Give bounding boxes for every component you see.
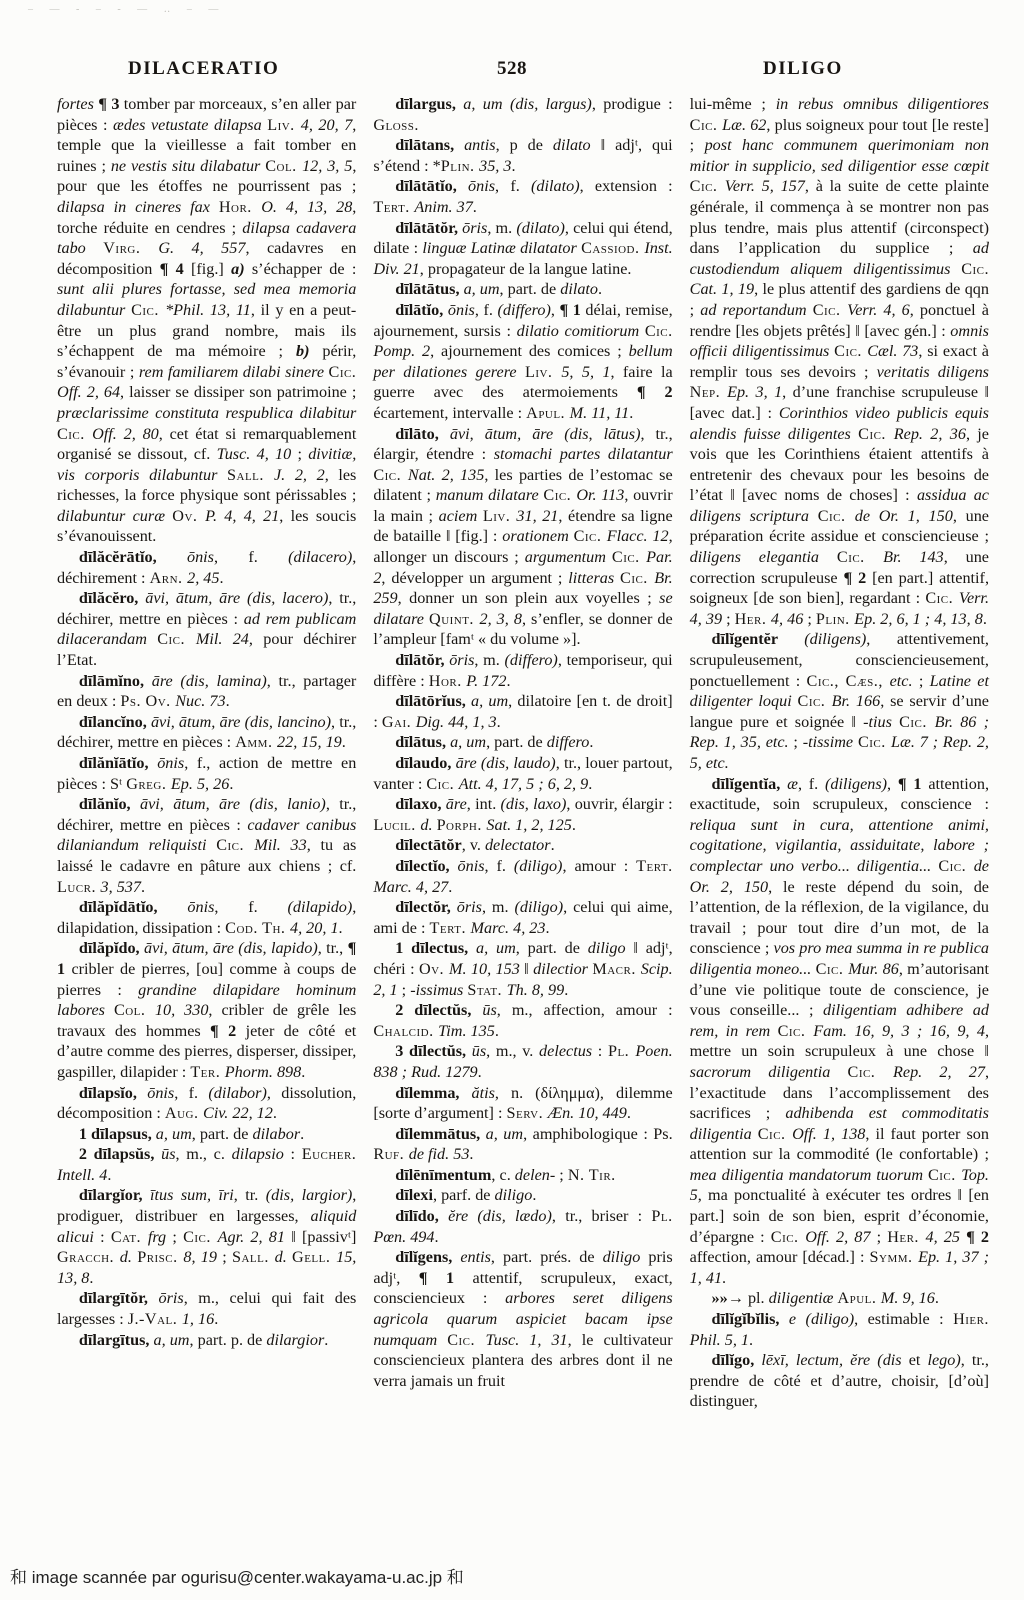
smallcaps-run: Cic. xyxy=(778,1022,814,1040)
italic-run: dilatio comitiorum xyxy=(517,322,645,340)
bold-run: dīlancĭno, xyxy=(79,713,151,731)
page-header: DILACERATIO 528 DILIGO xyxy=(0,58,1024,88)
bold-run: dīlectĭo, xyxy=(395,857,457,875)
bold-run: dīlātātus, xyxy=(395,280,463,298)
italic-run: Off. 2, 87 xyxy=(805,1228,870,1246)
italic-run: stomachi partes dilatantur xyxy=(494,445,673,463)
italic-run: sacrorum diligentia xyxy=(690,1063,848,1081)
smallcaps-run: Gai. xyxy=(382,713,416,731)
dictionary-entry: dīlātans, antis, p de dilato ‖ adjᵗ, qui… xyxy=(373,135,672,176)
italic-run: d. xyxy=(120,1248,137,1266)
italic-run: Intell. 4 xyxy=(57,1166,107,1184)
italic-run: ōris xyxy=(449,651,474,669)
italic-run: āvi, ātum, āre (dis, lātus) xyxy=(450,425,641,443)
plain-run: ; xyxy=(555,1166,568,1184)
smallcaps-run: Chalcid. xyxy=(373,1022,438,1040)
page-number: 528 xyxy=(497,58,527,80)
plain-run: . xyxy=(342,733,346,751)
bold-run: ¶ 2 xyxy=(637,383,673,401)
smallcaps-run: Cic. xyxy=(758,1125,792,1143)
italic-run: Mil. 33 xyxy=(254,836,306,854)
plain-run: . xyxy=(300,1125,304,1143)
plain-run: . xyxy=(478,1063,482,1081)
italic-run: Marc. 4, 27 xyxy=(373,878,448,896)
text-columns: fortes ¶ 3 tomber par morceaux, s’en all… xyxy=(57,94,989,1412)
plain-run: . xyxy=(339,919,343,937)
bold-run: dīlātōrĭus, xyxy=(395,692,471,710)
italic-run: a, um xyxy=(156,1125,192,1143)
italic-run: 22, 15, 19 xyxy=(277,733,342,751)
plain-run: , développer un argument ; xyxy=(381,569,568,587)
bold-run: dīlĭgo, xyxy=(712,1351,762,1369)
italic-run: (diligens) xyxy=(804,630,866,648)
dictionary-entry: 2 dīlapsŭs, ūs, m., c. dilapsio : Eucher… xyxy=(57,1144,356,1185)
italic-run: M. 11, 11 xyxy=(570,404,630,422)
italic-run: Off. 1, 138 xyxy=(792,1125,865,1143)
smallcaps-run: Cic. xyxy=(858,425,894,443)
smallcaps-run: Cassiod. xyxy=(581,239,644,257)
italic-run: (dilato) xyxy=(516,219,565,237)
dictionary-entry: dīlātātĭo, ōnis, f. (dilato), extension … xyxy=(373,176,672,217)
plain-run: , f. xyxy=(174,1084,208,1102)
plain-run: , propagateur de la langue latine. xyxy=(420,260,632,278)
italic-run: veritatis diligens xyxy=(877,363,989,381)
italic-run: Cat. 1, 19 xyxy=(690,280,754,298)
dictionary-entry: dīlapsĭo, ōnis, f. (dilabor), dissolutio… xyxy=(57,1083,356,1124)
italic-run: Br. 166 xyxy=(832,692,881,710)
plain-run: , part. p. de xyxy=(190,1331,267,1349)
bold-run: dĭlemma, xyxy=(395,1084,471,1102)
italic-run: ōnis xyxy=(468,177,495,195)
italic-run: -tissime xyxy=(803,733,858,751)
smallcaps-run: Amm. xyxy=(235,733,277,751)
bold-run: dīlexi xyxy=(395,1186,433,1204)
italic-run: 2, 3, 8 xyxy=(479,610,521,628)
smallcaps-run: Eucher. xyxy=(302,1145,357,1163)
smallcaps-run: Cic. xyxy=(848,1063,893,1081)
smallcaps-run: Pl. xyxy=(608,1042,635,1060)
plain-run: ; xyxy=(870,1228,887,1246)
italic-run: O. 4, 13, 28 xyxy=(261,198,352,216)
italic-run: Æn. 10, 449 xyxy=(548,1104,627,1122)
italic-run: Agr. 2, 81 xyxy=(218,1228,285,1246)
smallcaps-run: Cic. xyxy=(329,363,357,381)
italic-run: Nuc. 73 xyxy=(175,692,225,710)
smallcaps-run: Cic. xyxy=(131,301,165,319)
italic-run: litteras xyxy=(568,569,620,587)
italic-run: 4, 20, 7 xyxy=(301,116,353,134)
plain-run: . xyxy=(749,1331,753,1349)
italic-run: d. xyxy=(275,1248,292,1266)
smallcaps-run: Cic. xyxy=(818,507,855,525)
italic-run: æ xyxy=(787,775,798,793)
italic-run: Ep. 5, 26 xyxy=(171,775,229,793)
italic-run: Mur. 86 xyxy=(848,960,899,978)
dictionary-entry: dīlexi, parf. de diligo. xyxy=(373,1185,672,1206)
bold-run: dīlargītus, xyxy=(79,1331,154,1349)
plain-run: , tr., briser : xyxy=(552,1207,652,1225)
plain-run: affection, amour [décad.] : xyxy=(690,1248,870,1266)
italic-run: de Or. 1, 150 xyxy=(855,507,953,525)
smallcaps-run: Ov. xyxy=(419,960,449,978)
italic-run: in rebus omnibus diligentiores xyxy=(776,95,989,113)
dictionary-entry: dīlātĭo, ōnis, f. (differo), ¶ 1 délai, … xyxy=(373,300,672,424)
smallcaps-run: Cic. xyxy=(690,177,725,195)
smallcaps-run: Macr. xyxy=(592,960,640,978)
italic-run: 8, 19 xyxy=(183,1248,217,1266)
italic-run: ōnis xyxy=(458,857,485,875)
italic-run: 10, 330 xyxy=(155,1001,209,1019)
italic-run: præclarissime constituta respublica dila… xyxy=(57,404,356,422)
italic-run: entis xyxy=(460,1248,491,1266)
smallcaps-run: Prisc. xyxy=(137,1248,183,1266)
smallcaps-run: Cic. xyxy=(961,260,989,278)
smallcaps-run: Aug. xyxy=(165,1104,203,1122)
italic-run: P. 4, 4, 21 xyxy=(205,507,279,525)
dictionary-entry: dīlăcĕrātĭo, ōnis, f. (dilacero), déchir… xyxy=(57,547,356,588)
plain-run: . xyxy=(627,1104,631,1122)
plain-run: , amour : xyxy=(562,857,636,875)
italic-run: dilabuntur curæ xyxy=(57,507,172,525)
smallcaps-run: Cic. xyxy=(645,322,673,340)
italic-run: 4, 25 xyxy=(926,1228,960,1246)
smallcaps-run: Plin. xyxy=(441,157,479,175)
italic-run: Ep. 2, 6, 1 ; 4, 13, 8 xyxy=(854,610,983,628)
scanned-dictionary-page: – — ‐ – - — ‥ – — DILACERATIO 528 DILIGO… xyxy=(0,0,1024,1600)
italic-run: (differo) xyxy=(497,301,550,319)
italic-run: ōris xyxy=(158,1289,183,1307)
dictionary-entry: dīlargus, a, um (dis, largus), prodigue … xyxy=(373,94,672,135)
italic-run: (diligo) xyxy=(515,898,564,916)
dictionary-entry: dīlănĭātĭo, ōnis, f., action de mettre e… xyxy=(57,753,356,794)
dictionary-entry: dīlĭgentĭa, æ, f. (diligens), ¶ 1 attent… xyxy=(690,774,989,1289)
dictionary-entry: dīlectŏr, ōris, m. (diligo), celui qui a… xyxy=(373,897,672,938)
bold-run: dĭlemmātus, xyxy=(395,1125,485,1143)
plain-run: , v. xyxy=(462,836,485,854)
smallcaps-run: Cic. xyxy=(928,1166,961,1184)
italic-run: a, um xyxy=(450,733,486,751)
plain-run: s’échapper de : xyxy=(252,260,356,278)
dictionary-entry: dīlīdo, ĕre (dis, lædo), tr., briser : P… xyxy=(373,1206,672,1247)
plain-run: . xyxy=(511,157,515,175)
plain-run: , m. xyxy=(474,651,504,669)
smallcaps-run: Tert. xyxy=(430,919,471,937)
smallcaps-run: Cic. xyxy=(938,857,973,875)
smallcaps-run: Cod. Th. xyxy=(225,919,290,937)
italic-run: dilapsio xyxy=(232,1145,284,1163)
plain-run: ; xyxy=(217,1248,232,1266)
plain-run: ; xyxy=(166,1228,183,1246)
italic-run: 3, 537 xyxy=(101,878,141,896)
italic-run: ne vestis situ dilabatur xyxy=(111,157,265,175)
plain-run: . xyxy=(722,1269,726,1287)
plain-run: . xyxy=(506,672,510,690)
italic-run: M. 10, 153 xyxy=(449,960,520,978)
dictionary-entry: 1 dīlapsus, a, um, part. de dilabor. xyxy=(57,1124,356,1145)
italic-run: Rep. 2, 36 xyxy=(894,425,966,443)
plain-run: . xyxy=(107,1166,111,1184)
italic-run: 2, 45 xyxy=(187,569,219,587)
plain-run: , p de xyxy=(496,136,553,154)
italic-run: Nat. 2, 135 xyxy=(408,466,484,484)
italic-run: ătis xyxy=(472,1084,495,1102)
italic-run: post hanc communem querimoniam non mitio… xyxy=(690,136,989,175)
plain-run: , part. de xyxy=(486,733,547,751)
italic-run: āvi, ātum, āre (dis, lanio) xyxy=(140,795,326,813)
dictionary-entry: dīlăpĭdo, āvi, ātum, āre (dis, lapido), … xyxy=(57,938,356,1082)
italic-run: manum dilatare xyxy=(436,486,544,504)
smallcaps-run: Cic. xyxy=(899,713,934,731)
plain-run: . xyxy=(214,1310,218,1328)
plain-run: . xyxy=(564,981,568,999)
scan-artifact-marks: – — ‐ – - — ‥ – — xyxy=(28,4,225,15)
italic-run: (diligens) xyxy=(825,775,887,793)
italic-run: Sat. 1, 2, 125 xyxy=(486,816,571,834)
bold-run: 2 dīlapsŭs, xyxy=(79,1145,161,1163)
italic-run: Off. 2, 64 xyxy=(57,383,120,401)
plain-run: . xyxy=(89,1269,93,1287)
italic-run: orationem xyxy=(502,527,573,545)
bold-run: dīlectātŏr xyxy=(395,836,462,854)
italic-run: ōnis xyxy=(448,301,475,319)
italic-run: Off. 2, 80 xyxy=(92,425,159,443)
bold-run: dīlaudo, xyxy=(395,754,455,772)
italic-run: ūs xyxy=(161,1145,175,1163)
plain-run: , laisser se dissiper son patrimoine ; xyxy=(120,383,356,401)
plain-run: , prodigue : xyxy=(592,95,673,113)
smallcaps-run: Col. xyxy=(114,1001,155,1019)
italic-run: P. 172 xyxy=(466,672,506,690)
smallcaps-run: Ps. Ov. xyxy=(120,692,175,710)
smallcaps-run: Gracch. xyxy=(57,1248,120,1266)
italic-run: Marc. 4, 23 xyxy=(471,919,546,937)
plain-run: , extension : xyxy=(580,177,673,195)
smallcaps-run: Tert. xyxy=(373,198,414,216)
dictionary-entry: dīlectātŏr, v. delectator. xyxy=(373,835,672,856)
italic-run: Verr. 4, 6 xyxy=(847,301,910,319)
guide-word-left: DILACERATIO xyxy=(128,58,279,80)
dictionary-entry: dīlĭgens, entis, part. prés. de diligo p… xyxy=(373,1247,672,1391)
smallcaps-run: Cic. xyxy=(816,960,849,978)
plain-run: : xyxy=(94,1228,111,1246)
dictionary-entry: dīlănĭo, āvi, ātum, āre (dis, lanio), tr… xyxy=(57,794,356,897)
dictionary-entry: dīlĭgĭbĭlis, e (diligo), estimable : Hie… xyxy=(690,1309,989,1350)
italic-run: Cæl. 73 xyxy=(867,342,918,360)
italic-run: ad reportandum xyxy=(700,301,812,319)
plain-run: , tr. xyxy=(234,1186,266,1204)
plain-run: , f. xyxy=(495,177,531,195)
plain-run: , estimable : xyxy=(854,1310,953,1328)
italic-run: dilargior xyxy=(266,1331,324,1349)
italic-run: a, um xyxy=(464,280,500,298)
smallcaps-run: Cic. xyxy=(543,486,576,504)
dictionary-entry: dīlaxo, āre, int. (dis, laxo), ouvrir, é… xyxy=(373,794,672,835)
italic-run: 1, 16 xyxy=(182,1310,214,1328)
text-column-3: lui-même ; in rebus omnibus diligentiore… xyxy=(690,94,989,1412)
italic-run: ōnis xyxy=(147,1084,174,1102)
smallcaps-run: Her. xyxy=(735,610,771,628)
italic-run: linguæ Latinæ dilatator xyxy=(422,239,581,257)
plain-run: : xyxy=(284,1145,302,1163)
smallcaps-run: Liv. xyxy=(483,507,517,525)
italic-run: ūs xyxy=(472,1042,486,1060)
smallcaps-run: Ruf. xyxy=(373,1145,408,1163)
smallcaps-run: N. Tir. xyxy=(568,1166,616,1184)
dictionary-entry: dīlāmĭno, āre (dis, lamina), tr., partag… xyxy=(57,671,356,712)
italic-run: J. 2, 2 xyxy=(274,466,325,484)
smallcaps-run: Cic. xyxy=(925,589,958,607)
bold-run: dīlăpĭdo, xyxy=(79,939,144,957)
italic-run: āvi, ātum, āre (dis, lapido) xyxy=(144,939,318,957)
dictionary-entry: 2 dīlectŭs, ūs, m., affection, amour : C… xyxy=(373,1000,672,1041)
italic-run: diligo xyxy=(588,939,626,957)
smallcaps-run: Quint. xyxy=(429,610,479,628)
smallcaps-run: Hier. xyxy=(953,1310,989,1328)
italic-run: āre (dis, laudo) xyxy=(456,754,556,772)
italic-run: Flacc. 12 xyxy=(607,527,669,545)
plain-run: , f. xyxy=(214,548,288,566)
dictionary-entry: 1 dīlectus, a, um, part. de diligo ‖ adj… xyxy=(373,938,672,1000)
smallcaps-run: Gell. xyxy=(292,1248,336,1266)
guide-word-right: DILIGO xyxy=(763,58,843,80)
plain-run: lui-même ; xyxy=(690,95,776,113)
italic-run: ōnis xyxy=(157,754,184,772)
italic-run: Th. 8, 99 xyxy=(507,981,565,999)
bold-run: ¶ 1 xyxy=(419,1269,473,1287)
dictionary-entry: 3 dīlectŭs, ūs, m., v. delectus : Pl. Po… xyxy=(373,1041,672,1082)
plain-run: . xyxy=(935,1289,939,1307)
smallcaps-run: Cic. xyxy=(57,425,92,443)
dictionary-entry: dīlăpĭdātĭo, ōnis, f. (dilapido), dilapi… xyxy=(57,897,356,938)
dictionary-entry: dīlancĭno, āvi, ātum, āre (dis, lancino)… xyxy=(57,712,356,753)
italic-run: diligens elegantia xyxy=(690,548,837,566)
plain-run: , xyxy=(887,775,898,793)
smallcaps-run: Cic. xyxy=(183,1228,218,1246)
italic-run: Civ. 22, 12 xyxy=(203,1104,273,1122)
dictionary-entry: »»→ pl. diligentiæ Apul. M. 9, 16. xyxy=(690,1288,989,1309)
plain-run: . xyxy=(229,775,233,793)
smallcaps-run: Cic. xyxy=(447,1331,485,1349)
smallcaps-run: Cic. xyxy=(574,527,607,545)
italic-run: Rep. 2, 27 xyxy=(893,1063,985,1081)
plain-run: . xyxy=(497,713,501,731)
italic-run: ĕre (dis, lædo) xyxy=(448,1207,552,1225)
bold-run: dīlĭgentĕr xyxy=(712,630,805,648)
plain-run: . xyxy=(219,569,223,587)
italic-run: rem familiarem dilabi sinere xyxy=(139,363,329,381)
italic-run: diligo xyxy=(603,1248,641,1266)
plain-run: . xyxy=(301,1063,305,1081)
italic-run: Tusc. 4, 10 xyxy=(217,445,292,463)
plain-run: . xyxy=(469,1145,473,1163)
bold-run: »»→ xyxy=(712,1289,748,1307)
italic-run: lēxī, lectum, ĕre (dis xyxy=(761,1351,901,1369)
bold-run: ¶ 3 xyxy=(98,95,124,113)
plain-run: ; xyxy=(913,672,930,690)
smallcaps-run: Ter. xyxy=(190,1063,224,1081)
smallcaps-run: Greg. xyxy=(126,775,171,793)
italic-run: (differo) xyxy=(504,651,557,669)
bold-run: dīlăcĕro, xyxy=(79,589,145,607)
smallcaps-run: Lucr. xyxy=(57,878,101,896)
italic-run: de fid. 53 xyxy=(409,1145,470,1163)
plain-run: . xyxy=(141,878,145,896)
smallcaps-run: Lucil. xyxy=(373,816,420,834)
bold-run: dīlăcĕrātĭo, xyxy=(79,548,187,566)
italic-run: 4, 20, 1 xyxy=(290,919,339,937)
plain-run: . xyxy=(545,919,549,937)
dictionary-entry: dīlēnīmentum, c. delen- ; N. Tir. xyxy=(373,1165,672,1186)
italic-run: (dilato) xyxy=(531,177,580,195)
italic-run: Fam. 16, 9, 3 ; 16, 9, 4 xyxy=(813,1022,985,1040)
italic-run: (dilabor) xyxy=(208,1084,266,1102)
italic-run: G. 4, 557 xyxy=(158,239,245,257)
smallcaps-run: Sall. xyxy=(232,1248,275,1266)
bold-run: dīlīdo, xyxy=(395,1207,448,1225)
plain-run: , c. xyxy=(491,1166,514,1184)
italic-run: ūs xyxy=(482,1001,496,1019)
plain-run: , ajournement des comices ; xyxy=(430,342,628,360)
smallcaps-run: Cic. xyxy=(373,466,408,484)
italic-run: dilectior xyxy=(533,960,592,978)
italic-run: mea diligentia mandatorum tuorum xyxy=(690,1166,928,1184)
entry-continuation: fortes ¶ 3 tomber par morceaux, s’en all… xyxy=(57,94,356,547)
plain-run: . xyxy=(226,692,230,710)
italic-run: Verr. 5, 157 xyxy=(725,177,805,195)
italic-run: 12, 3, 5 xyxy=(302,157,352,175)
italic-run: etc. xyxy=(890,672,913,690)
italic-run: ōnis xyxy=(187,548,214,566)
dictionary-entry: dīlĭgentĕr (diligens), attentivement, sc… xyxy=(690,629,989,773)
italic-run: a, um xyxy=(471,692,508,710)
bold-italic-run: b) xyxy=(296,342,322,360)
plain-run: . xyxy=(324,1331,328,1349)
italic-run: Dig. 44, 1, 3 xyxy=(416,713,497,731)
bold-run: dīlātŏr, xyxy=(395,651,449,669)
italic-run: delectus xyxy=(539,1042,592,1060)
scan-footer-note: 和 image scannée par ogurisu@center.wakay… xyxy=(10,1563,464,1588)
smallcaps-run: Apul. xyxy=(526,404,569,422)
plain-run: . xyxy=(434,1228,438,1246)
italic-run: (diligo) xyxy=(514,857,563,875)
italic-run: Tim. 135 xyxy=(438,1022,495,1040)
italic-run: Att. 4, 17, 5 ; 6, 2, 9 xyxy=(459,775,589,793)
bold-run: ¶ 2 xyxy=(966,1228,989,1246)
text-column-1: fortes ¶ 3 tomber par morceaux, s’en all… xyxy=(57,94,356,1412)
italic-run: 35, 3 xyxy=(479,157,511,175)
dictionary-entry: dīlargītus, a, um, part. p. de dilargior… xyxy=(57,1330,356,1351)
italic-run: ōnis xyxy=(187,898,214,916)
plain-run: pl. xyxy=(748,1289,769,1307)
italic-run: āvi, ātum, āre (dis, lancino) xyxy=(151,713,331,731)
dictionary-entry: dīlăcĕro, āvi, ātum, āre (dis, lacero), … xyxy=(57,588,356,670)
italic-run: Ep. 3, 1 xyxy=(727,383,782,401)
bold-run: 1 dīlectus, xyxy=(395,939,476,957)
italic-run: diligo xyxy=(495,1186,533,1204)
italic-run: delen- xyxy=(515,1166,555,1184)
bold-run: 3 dīlectŭs, xyxy=(395,1042,472,1060)
smallcaps-run: Plin. xyxy=(816,610,854,628)
plain-run: : xyxy=(592,1042,608,1060)
bold-run: dīlăpĭdātĭo, xyxy=(79,898,188,916)
plain-run: , part. de xyxy=(516,939,588,957)
plain-run: [fig.] xyxy=(191,260,231,278)
smallcaps-run: Arn. xyxy=(150,569,188,587)
smallcaps-run: Sall. xyxy=(227,466,274,484)
bold-run: dīlectŏr, xyxy=(395,898,457,916)
italic-run: *Phil. 13, 11 xyxy=(165,301,251,319)
italic-run: -issimus xyxy=(410,981,467,999)
